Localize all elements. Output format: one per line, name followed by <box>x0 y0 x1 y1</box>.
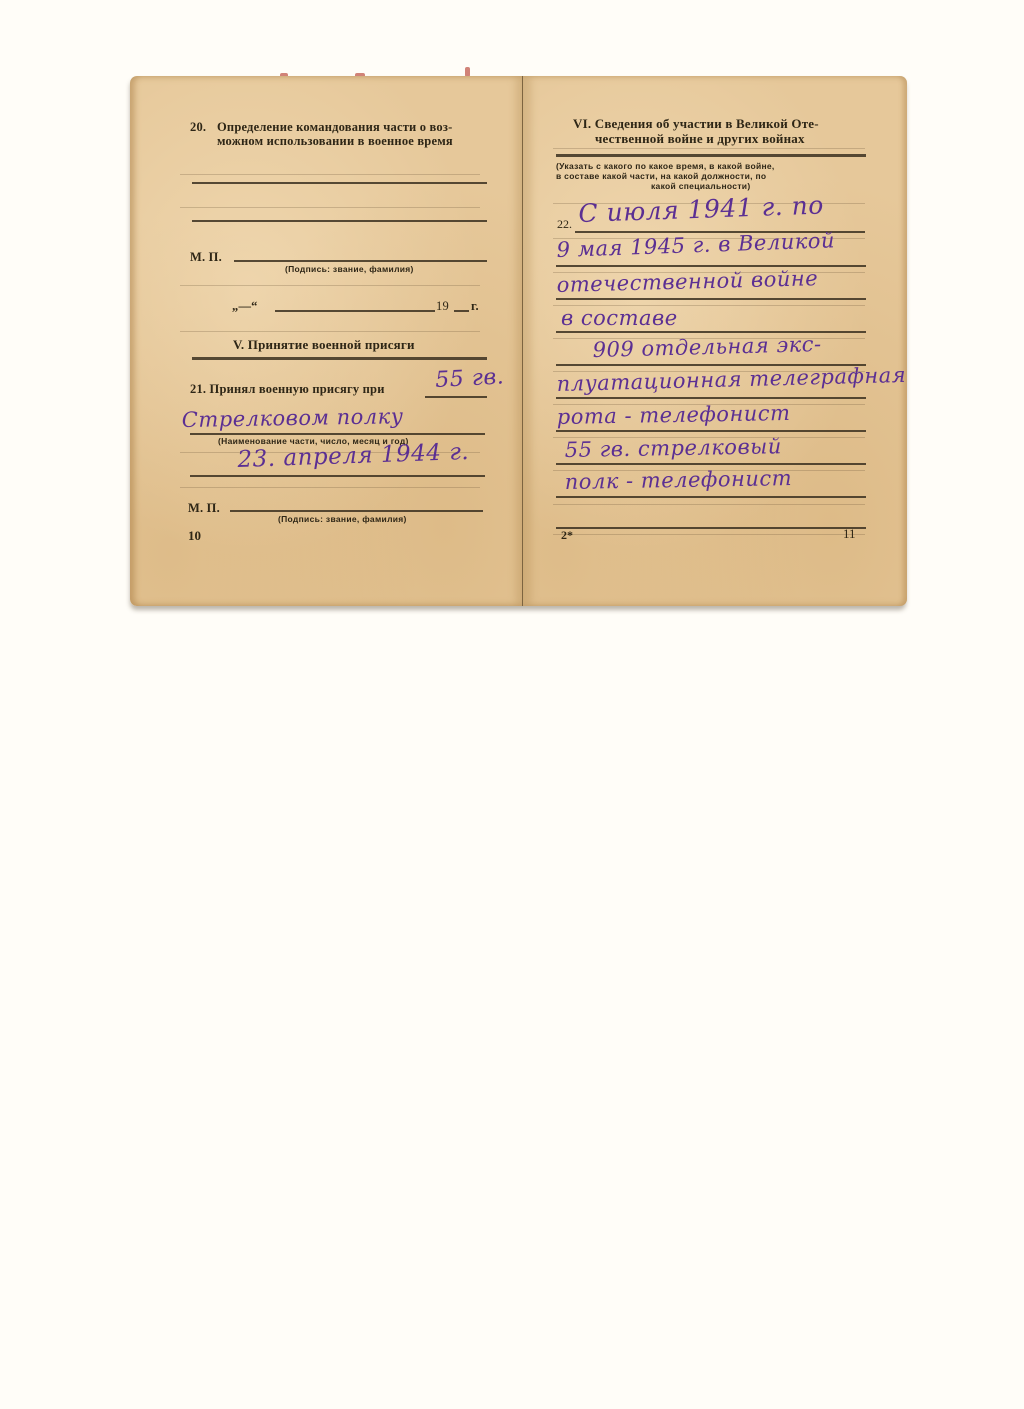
section6-instruction-line3: какой специальности) <box>651 181 750 191</box>
item20-signature-line <box>234 260 487 262</box>
item20-number: 20. <box>190 120 206 135</box>
item22-handwritten-line: С июля 1941 г. по <box>578 190 824 228</box>
item22-handwritten-line: в составе <box>561 306 678 330</box>
item22-handwritten-line: 909 отдельная экс- <box>592 332 822 362</box>
item22-handwritten-line: 55 гв. стрелковый <box>565 434 782 462</box>
left-page: 20. Определение командования части о воз… <box>130 76 522 606</box>
section6-divider <box>556 154 866 157</box>
item20-date-quote: „—“ <box>232 299 258 314</box>
item22-handwritten-line: полк - телефонист <box>565 466 793 494</box>
item22-handwritten-line: плуатационная телеграфная <box>556 363 906 396</box>
item20-date-line <box>275 310 435 312</box>
section5-signature-line <box>230 510 483 512</box>
item22-handwritten-line: 9 мая 1945 г. в Великой <box>556 228 835 262</box>
page-number-left: 10 <box>188 528 201 544</box>
item20-year-prefix: 19 <box>436 299 449 314</box>
item21-answer-line <box>425 396 487 398</box>
item22-handwritten-line: рота - телефонист <box>557 401 791 429</box>
section5-divider <box>192 357 487 360</box>
item21-label: 21. Принял военную присягу при <box>190 382 385 397</box>
section5-title: V. Принятие военной присяги <box>233 337 415 353</box>
printer-signature-mark: 2* <box>561 528 573 543</box>
item20-title-line2: можном использовании в военное время <box>217 134 453 149</box>
section6-instruction-line1: (Указать с какого по какое время, в како… <box>556 161 775 171</box>
item21-handwritten-unit-part1: 55 гв. <box>435 364 505 393</box>
section5-mp-label: М. П. <box>188 501 220 516</box>
section5-signature-caption: (Подпись: звание, фамилия) <box>278 514 407 524</box>
item20-mp-label: М. П. <box>190 250 222 265</box>
item20-signature-caption: (Подпись: звание, фамилия) <box>285 264 414 274</box>
page-number-right: 11 <box>843 526 856 542</box>
item21-unit-line <box>190 433 485 435</box>
section6-title-line1: VI. Сведения об участии в Великой Оте- <box>573 116 819 132</box>
right-page: VI. Сведения об участии в Великой Оте- ч… <box>522 76 907 606</box>
item21-handwritten-unit-part2: Стрелковом полку <box>182 404 404 432</box>
section6-instruction-line2: в составе какой части, на какой должност… <box>556 171 766 181</box>
section6-title-line2: чественной войне и других войнах <box>595 131 805 147</box>
item20-title-line1: Определение командования части о воз- <box>217 120 452 135</box>
military-id-booklet: 20. Определение командования части о воз… <box>130 76 906 606</box>
item20-year-suffix: г. <box>471 299 479 314</box>
item20-answer-line <box>192 220 487 222</box>
item22-number: 22. <box>557 217 572 232</box>
item22-handwritten-line: отечественной войне <box>556 266 818 297</box>
item21-date-line <box>190 475 485 477</box>
item20-answer-line <box>192 182 487 184</box>
